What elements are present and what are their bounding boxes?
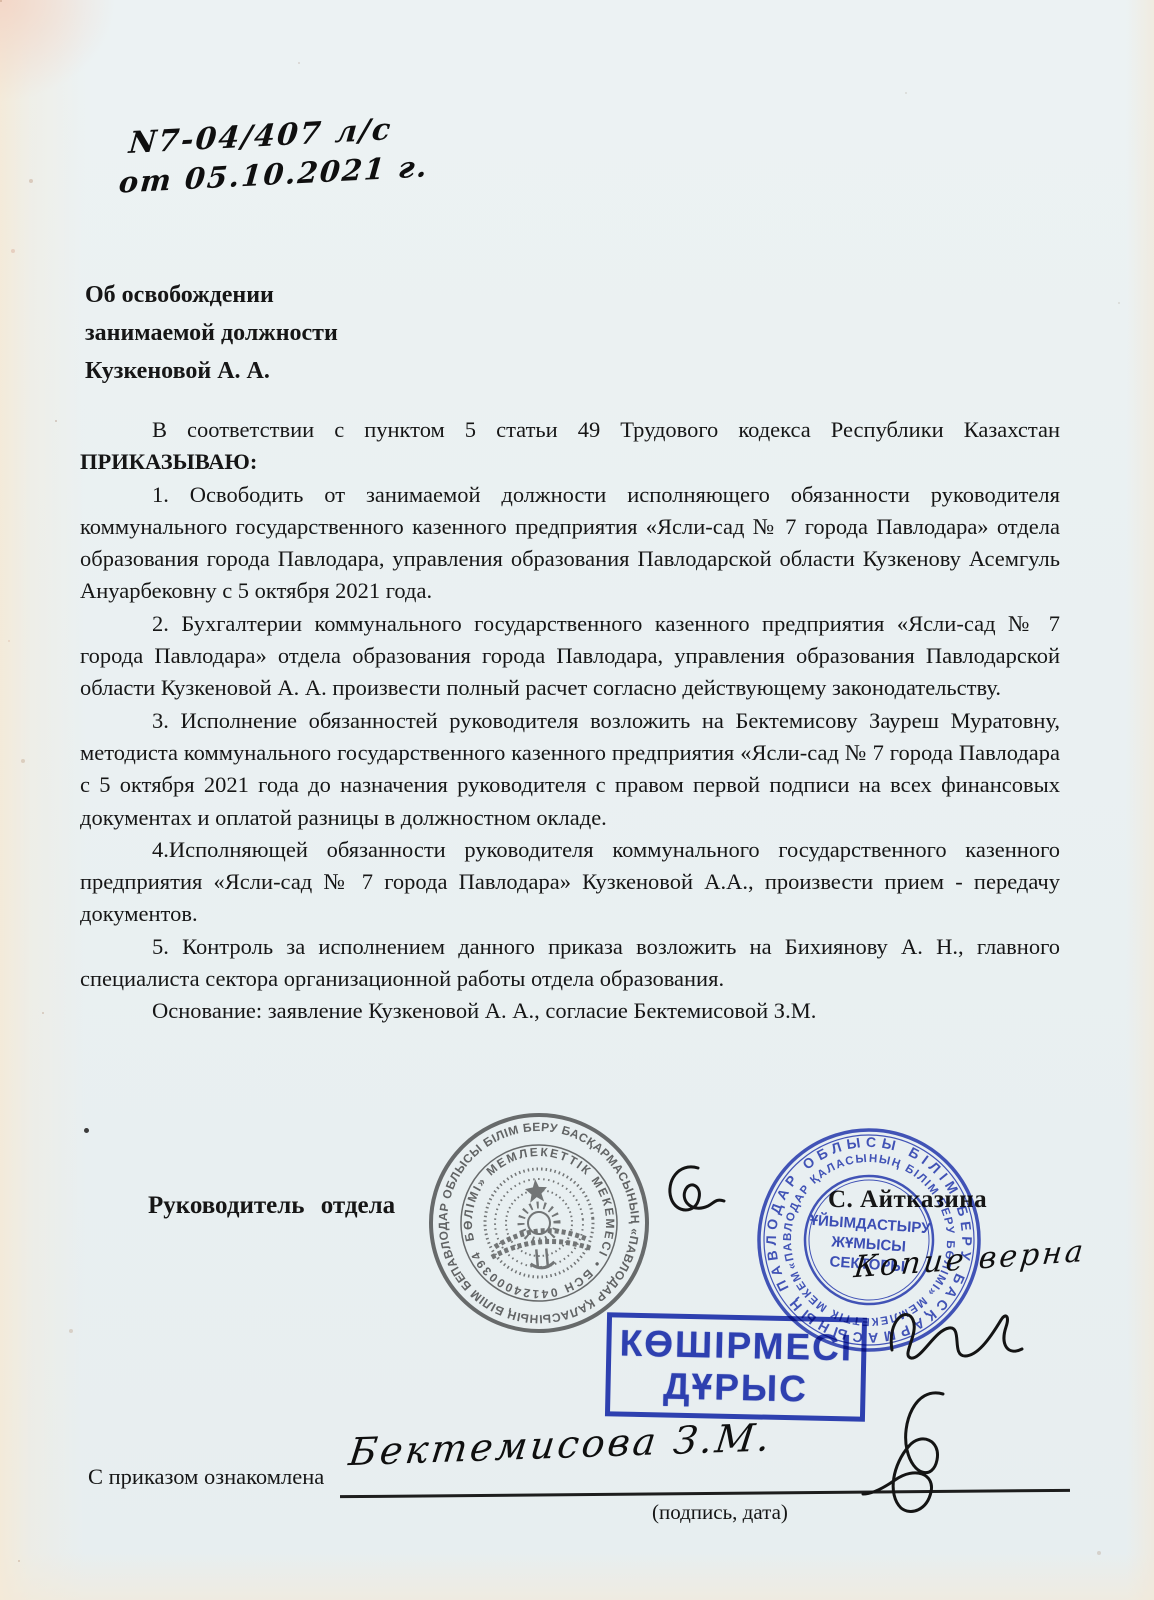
black-seal-outer-text: ПАВЛОДАР ОБЛЫСЫ БІЛІМ БЕРУ БАСҚАРМАСЫНЫҢ… — [414, 1098, 663, 1347]
title-line-2: занимаемой должности — [85, 314, 338, 352]
signer-position-label: Руководитель отдела — [148, 1192, 395, 1220]
intro-text: В соответствии с пунктом 5 статьи 49 Тру… — [152, 417, 1060, 442]
copy-stamp-line-2: ДҰРЫС — [663, 1365, 808, 1410]
director-signature — [658, 1158, 738, 1228]
order-item-1: 1. Освободить от занимаемой должности ис… — [80, 479, 1060, 608]
order-item-3: 3. Исполнение обязанностей руководителя … — [80, 705, 1060, 834]
document-body: В соответствии с пунктом 5 статьи 49 Тру… — [80, 414, 1060, 1028]
title-line-3: Кузкеновой А. А. — [85, 352, 338, 390]
handwritten-registration-note: N7-04/407 л/с от 05.10.2021 г. — [128, 110, 430, 199]
signature-caption: (подпись, дата) — [652, 1500, 788, 1525]
paper-speckles — [0, 0, 2, 2]
coat-of-arms-emblem — [480, 1164, 597, 1281]
basis-line: Основание: заявление Кузкеновой А. А., с… — [80, 995, 1060, 1027]
black-round-seal: ПАВЛОДАР ОБЛЫСЫ БІЛІМ БЕРУ БАСҚАРМАСЫНЫҢ… — [414, 1098, 663, 1347]
copy-correct-stamp: КӨШІРМЕСІ ДҰРЫС — [605, 1312, 867, 1421]
order-item-4: 4.Исполняющей обязанности руководителя к… — [80, 834, 1060, 931]
intro-prikazyvayu: ПРИКАЗЫВАЮ: — [80, 449, 257, 474]
scanned-order-document: N7-04/407 л/с от 05.10.2021 г. Об освобо… — [0, 0, 1154, 1600]
copy-note-signature — [876, 1298, 1036, 1373]
document-title: Об освобождении занимаемой должности Куз… — [85, 276, 338, 390]
order-item-2: 2. Бухгалтерии коммунального государстве… — [80, 608, 1060, 705]
title-line-1: Об освобождении — [85, 276, 338, 314]
order-item-5: 5. Контроль за исполнением данного прика… — [80, 931, 1060, 996]
acknowledgement-handwritten-name: Бектемисова З.М. — [347, 1415, 776, 1474]
blue-stamp-center-line-1: ҰЙЫМДАСТЫРУ — [809, 1211, 932, 1237]
copy-stamp-line-1: КӨШІРМЕСІ — [619, 1323, 853, 1370]
stray-ink-dot — [84, 1128, 89, 1133]
svg-text:ПАВЛОДАР ОБЛЫСЫ БІЛІМ БЕРУ БАС: ПАВЛОДАР ОБЛЫСЫ БІЛІМ БЕРУ БАСҚАРМАСЫНЫҢ… — [414, 1098, 663, 1347]
acknowledgement-label: С приказом ознакомлена — [88, 1464, 324, 1490]
intro-paragraph: В соответствии с пунктом 5 статьи 49 Тру… — [80, 414, 1060, 479]
